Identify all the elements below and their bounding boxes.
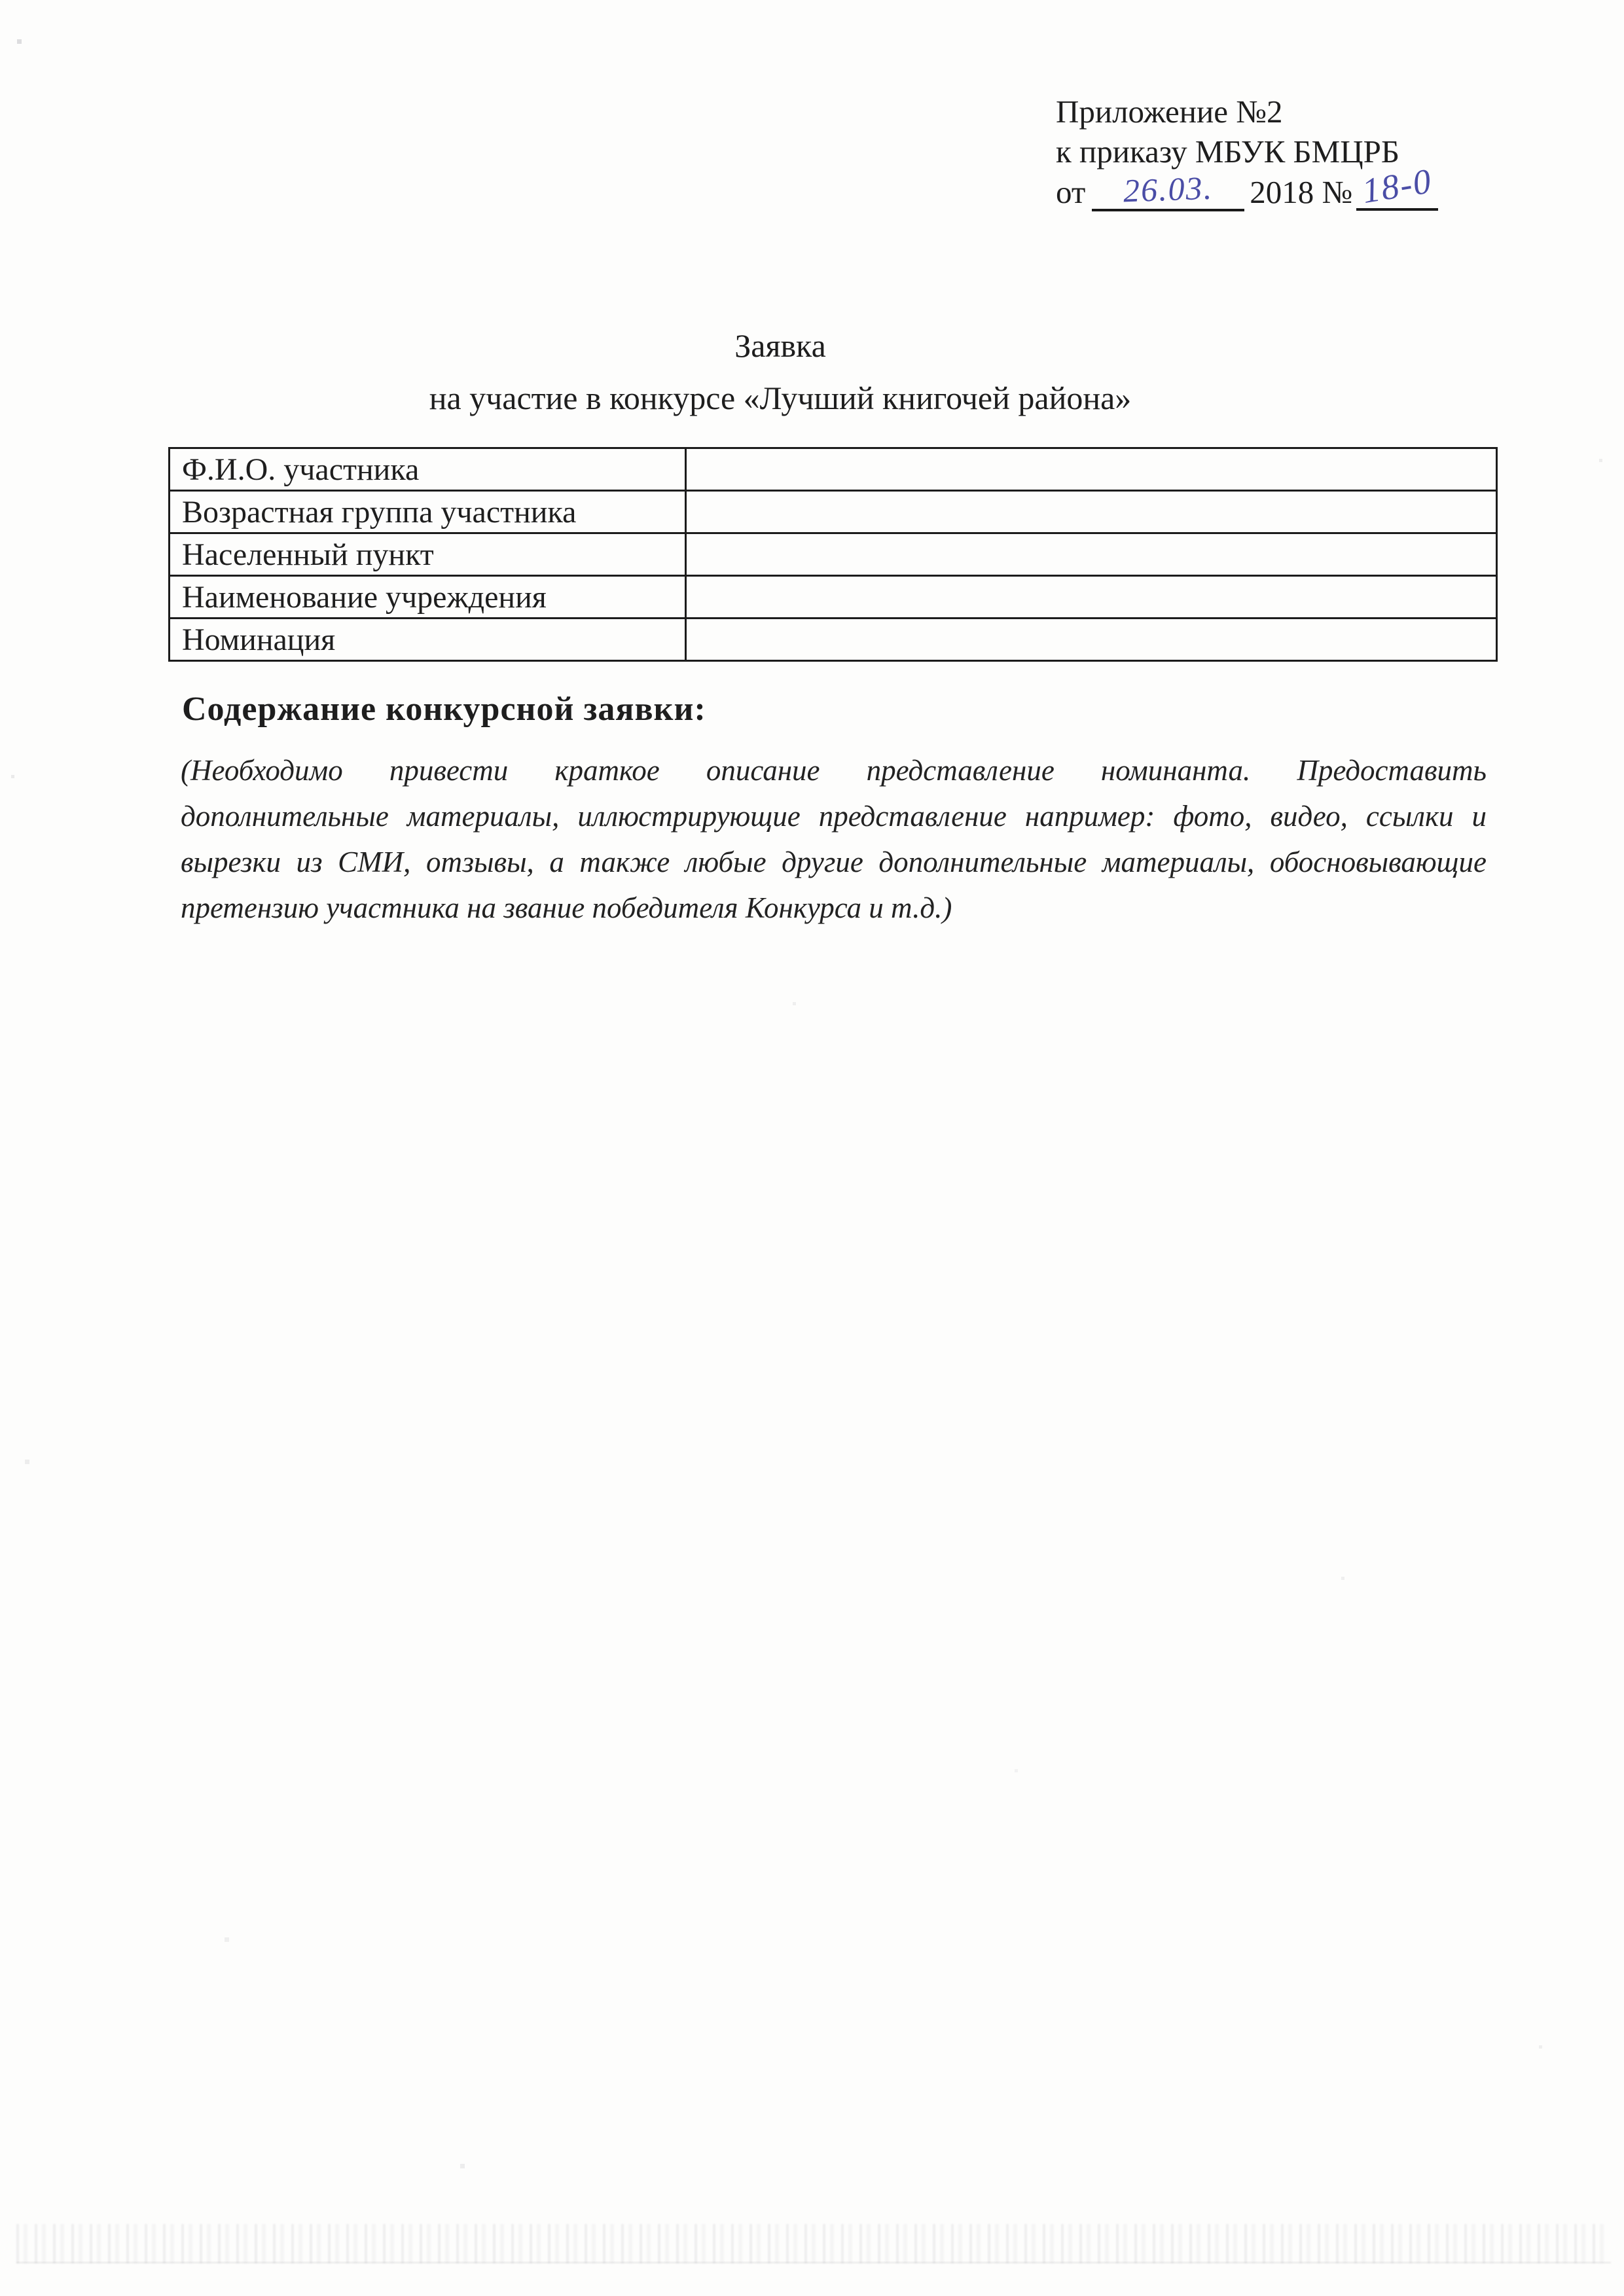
application-title-block: Заявка на участие в конкурсе «Лучший кни… (168, 319, 1392, 424)
field-value-cell (686, 491, 1497, 533)
section-heading: Содержание конкурсной заявки: (182, 690, 706, 728)
field-label-cell: Возрастная группа участника (170, 491, 686, 533)
table-row: Номинация (170, 619, 1497, 661)
field-value-cell (686, 576, 1497, 619)
order-date-blank-field: 26.03. (1092, 172, 1244, 211)
handwritten-date: 26.03. (1123, 168, 1214, 211)
appendix-line-1: Приложение №2 (1056, 92, 1475, 132)
field-label-cell: Населенный пункт (170, 533, 686, 576)
table-row: Наименование учреждения (170, 576, 1497, 619)
order-from-label: от (1056, 174, 1085, 210)
scan-speckles (0, 0, 2, 2)
field-label-cell: Номинация (170, 619, 686, 661)
field-value-cell (686, 448, 1497, 491)
field-label-cell: Ф.И.О. участника (170, 448, 686, 491)
field-value-cell (686, 619, 1497, 661)
scan-noise-band (16, 2224, 1611, 2263)
note-line: дополнительные материалы, иллюстрирующие… (181, 793, 1487, 839)
document-page: Приложение №2 к приказу МБУК БМЦРБ от26.… (0, 0, 1624, 2296)
table-row: Населенный пункт (170, 533, 1497, 576)
appendix-reference-block: Приложение №2 к приказу МБУК БМЦРБ от26.… (1056, 92, 1475, 212)
application-title: Заявка (168, 319, 1392, 372)
note-line: вырезки из СМИ, отзывы, а также любые др… (181, 839, 1487, 885)
application-subtitle: на участие в конкурсе «Лучший книгочей р… (168, 372, 1392, 424)
application-form-table: Ф.И.О. участника Возрастная группа участ… (168, 447, 1498, 662)
field-label-cell: Наименование учреждения (170, 576, 686, 619)
appendix-order-line: от26.03.2018 №18-0 (1056, 171, 1475, 212)
note-line: (Необходимо привести краткое описание пр… (181, 747, 1487, 793)
note-paragraph: (Необходимо привести краткое описание пр… (181, 747, 1487, 931)
order-number-blank-field: 18-0 (1356, 171, 1438, 211)
field-value-cell (686, 533, 1497, 576)
table-row: Возрастная группа участника (170, 491, 1497, 533)
table-row: Ф.И.О. участника (170, 448, 1497, 491)
note-line: претензию участника на звание победителя… (181, 885, 1487, 931)
order-year-number-label: 2018 № (1250, 174, 1352, 210)
